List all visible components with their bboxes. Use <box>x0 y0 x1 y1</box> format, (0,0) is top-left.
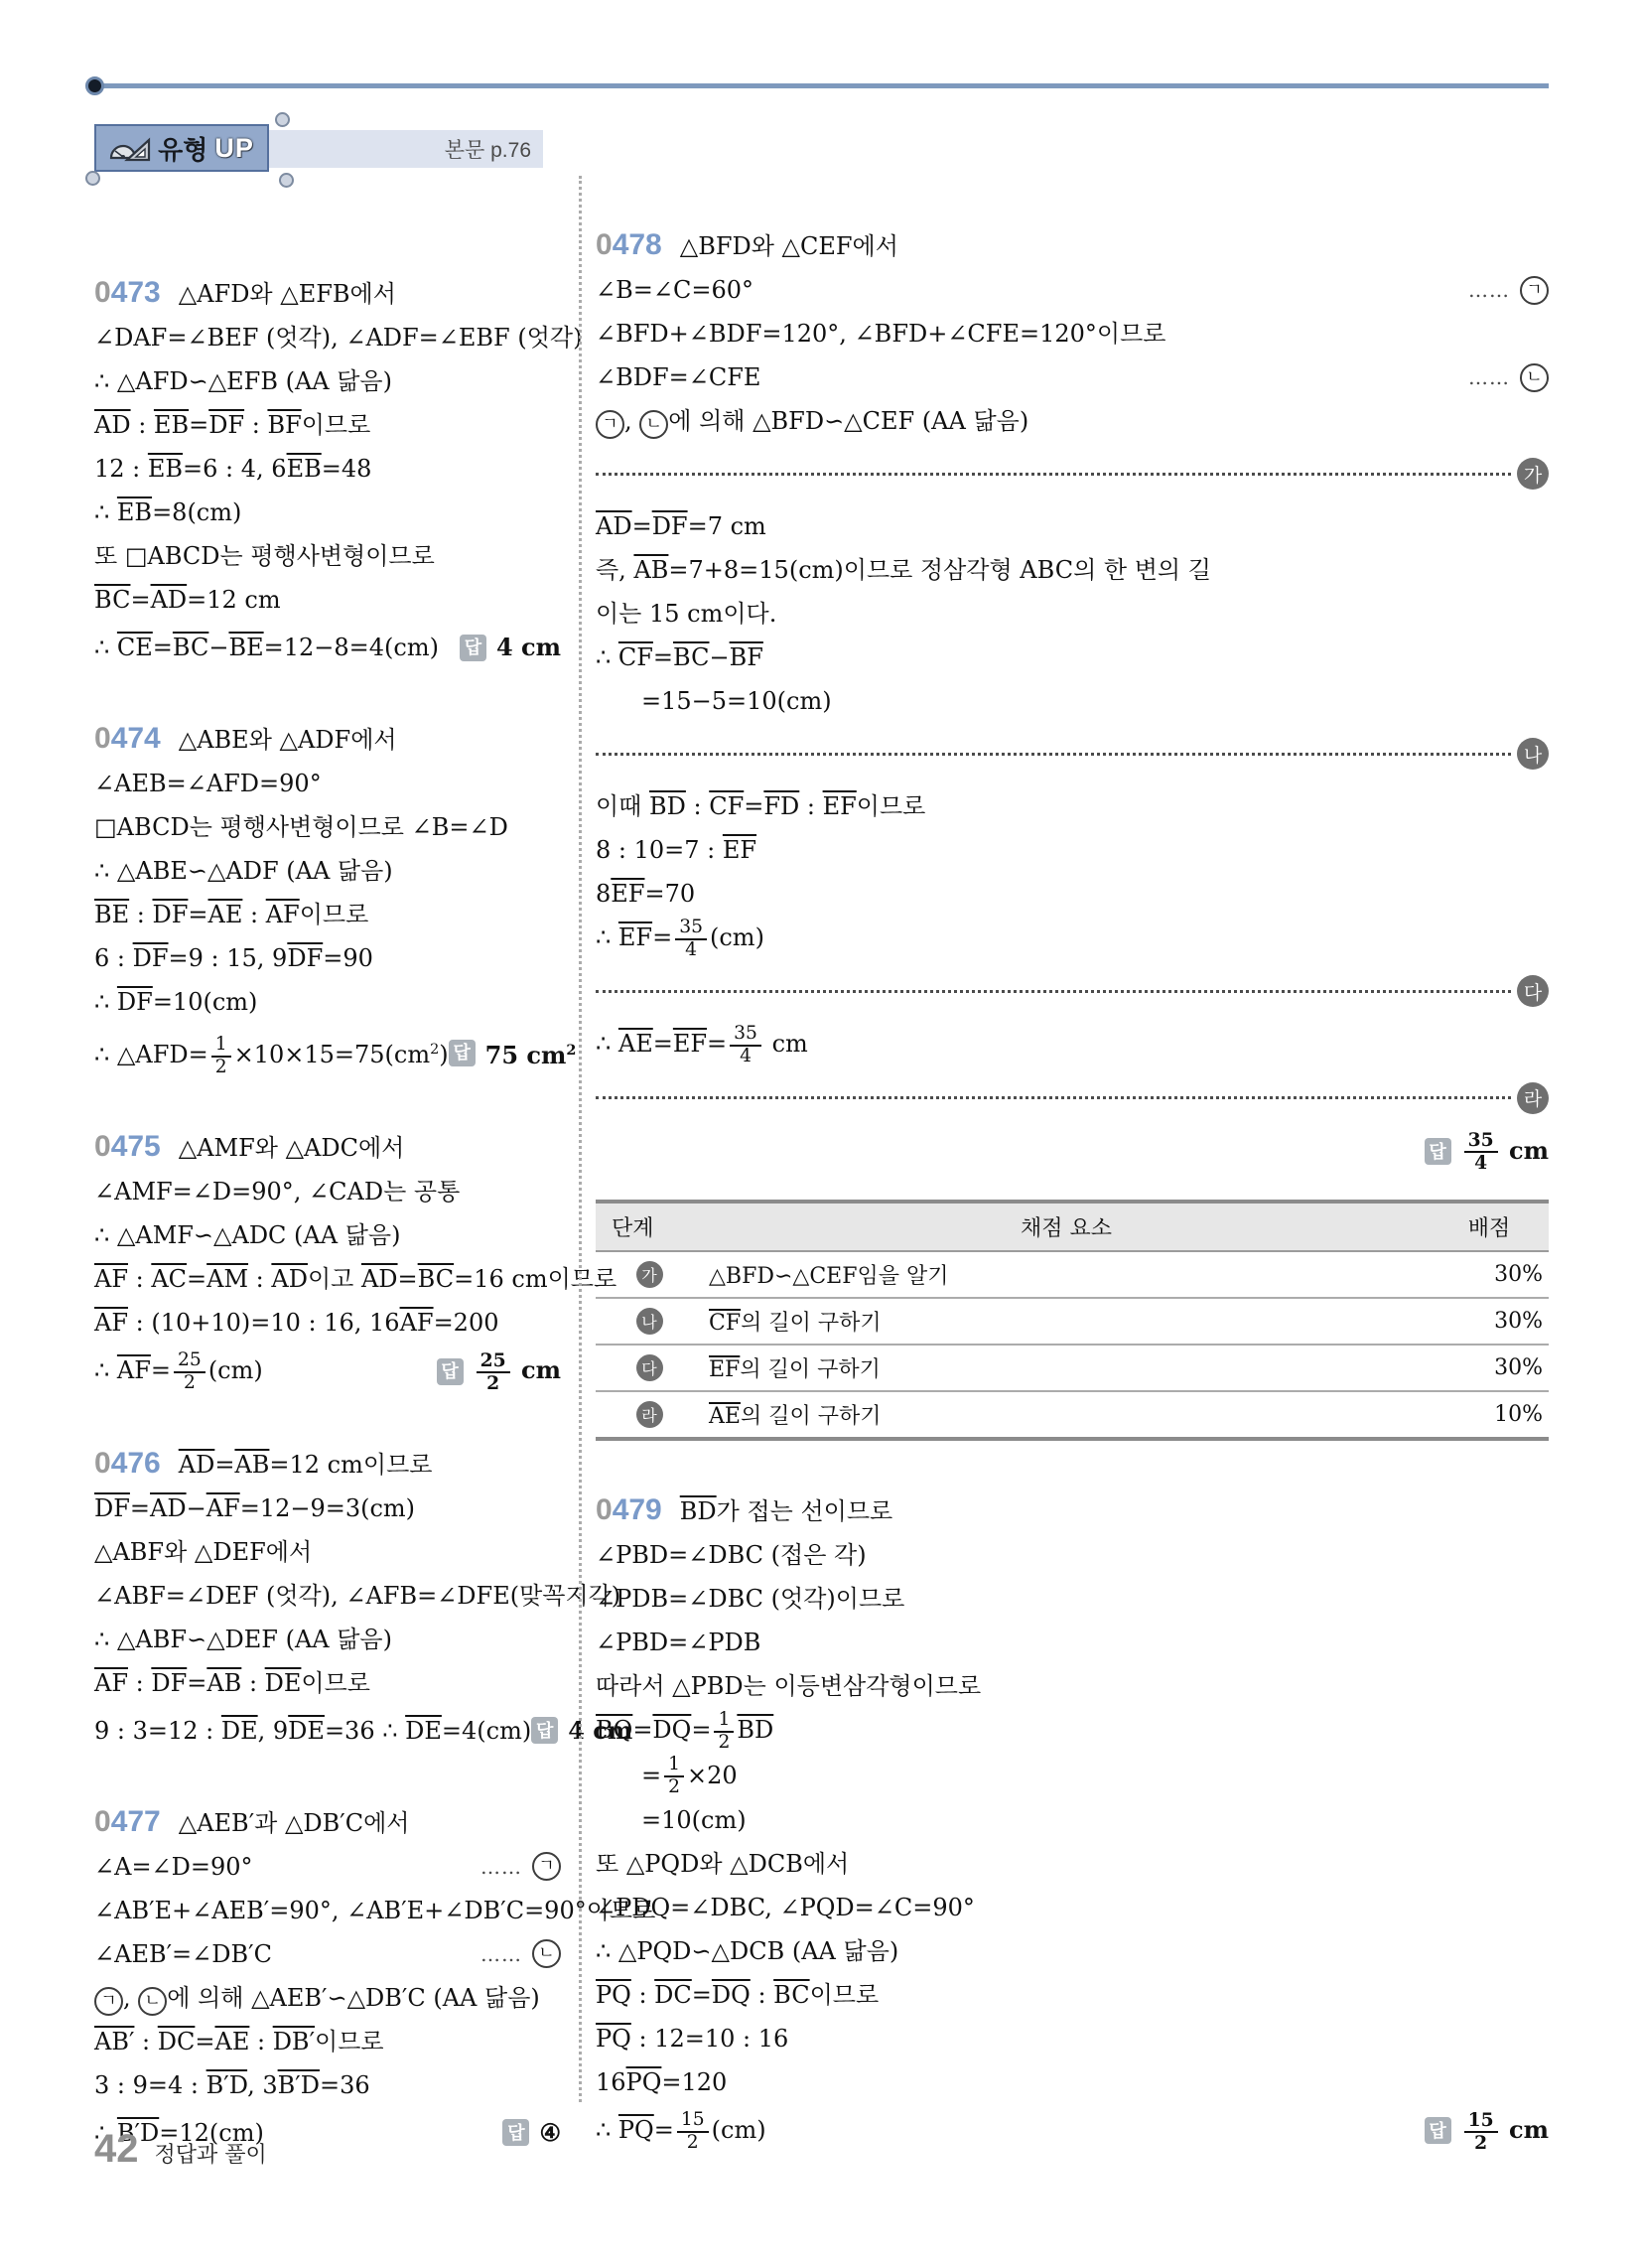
solution-line: ∠BFD+∠BDF=120°, ∠BFD+∠CFE=120°이므로 <box>596 312 1549 355</box>
solution-line: ∴ PQ=152(cm)답152 cm <box>596 2108 1549 2153</box>
step-separator: 가 <box>596 458 1549 490</box>
solution-line: ∴ △AFD∽△EFB (AA 닮음) <box>94 359 561 403</box>
clause-tag-icon: ㄱ <box>596 410 624 439</box>
solution-line: AF : AC=AM : AD이고 AD=BC=16 cm이므로 <box>94 1257 561 1301</box>
problem-number: 0476 <box>94 1447 161 1480</box>
solution-line: ∠AB′E+∠AEB′=90°, ∠AB′E+∠DB′C=90°이므로 <box>94 1889 561 1932</box>
selection-handle-icon <box>279 173 294 188</box>
problem-0477: 0477△AEB′과 △DB′C에서∠A=∠D=90°……ㄱ∠AB′E+∠AEB… <box>94 1800 561 2155</box>
step-separator: 나 <box>596 738 1549 770</box>
section-badge: 유형 UP <box>94 124 269 172</box>
solution-line: ∠BDF=∠CFE……ㄴ <box>596 355 1549 399</box>
badge-title: 유형 <box>158 130 207 167</box>
points-cell: 30% <box>1430 1345 1549 1391</box>
solution-line: ∠A=∠D=90°……ㄱ <box>94 1845 561 1889</box>
section-banner: 유형 UP 본문 p.76 <box>94 124 543 172</box>
answer-badge: 답 <box>437 1358 464 1385</box>
clause-tag-icon: ㄴ <box>1520 363 1549 392</box>
answer: 답④ <box>502 2111 561 2155</box>
answer-badge: 답 <box>1425 1138 1451 1165</box>
problem-number: 0478 <box>596 228 662 261</box>
problem-0475: 0475△AMF와 △ADC에서∠AMF=∠D=90°, ∠CAD는 공통∴ △… <box>94 1125 561 1393</box>
points-cell: 30% <box>1430 1298 1549 1345</box>
clause-tag-icon: ㄱ <box>1520 276 1549 305</box>
problem-number: 0477 <box>94 1805 161 1838</box>
solution-line: ∠AMF=∠D=90°, ∠CAD는 공통 <box>94 1170 561 1213</box>
points-cell: 30% <box>1430 1251 1549 1298</box>
problem-number: 0475 <box>94 1130 161 1163</box>
answer-badge: 답 <box>502 2119 529 2146</box>
solution-line: ∠DAF=∠BEF (엇각), ∠ADF=∠EBF (엇각) <box>94 316 561 359</box>
solution-line: ㄱ, ㄴ에 의해 △AEB′∽△DB′C (AA 닮음) <box>94 1976 561 2020</box>
problem-0478: 0478△BFD와 △CEF에서∠B=∠C=60°……ㄱ∠BFD+∠BDF=12… <box>596 223 1549 1441</box>
answer: 답354 cm <box>1425 1129 1549 1174</box>
grading-table: 단계채점 요소배점가△BFD∽△CEF임을 알기30%나CF의 길이 구하기30… <box>596 1200 1549 1441</box>
solution-line: BE : DF=AE : AF이므로 <box>94 893 561 936</box>
fraction: 12 <box>714 1710 734 1754</box>
fraction: 354 <box>1464 1130 1498 1174</box>
solution-line: 이는 15 cm이다. <box>596 592 1549 636</box>
criteria-cell: △BFD∽△CEF임을 알기 <box>703 1251 1430 1298</box>
column-divider <box>579 176 582 2102</box>
table-header: 채점 요소 <box>703 1202 1430 1251</box>
clause-tag-icon: ㄱ <box>532 1852 561 1881</box>
problem-0476: 0476AD=AB=12 cm이므로DF=AD−AF=12−9=3(cm)△AB… <box>94 1442 561 1753</box>
solution-line: ∠PDQ=∠DBC, ∠PQD=∠C=90° <box>596 1886 1549 1929</box>
solution-line: 따라서 △PBD는 이등변삼각형이므로 <box>596 1664 1549 1708</box>
selection-handle-icon <box>275 112 290 127</box>
step-badge: 라 <box>1517 1082 1549 1114</box>
answer-value: 4 cm <box>496 626 561 669</box>
solution-line: AD : EB=DF : BF이므로 <box>94 403 561 447</box>
fraction: 354 <box>675 918 707 961</box>
clause-tag-icon: ㄱ <box>94 1987 123 2016</box>
solution-line: 0474△ABE와 △ADF에서 <box>94 717 561 762</box>
answer-value: 354 cm <box>1461 1129 1549 1174</box>
answer-badge: 답 <box>1425 2117 1451 2144</box>
criteria-cell: AE의 길이 구하기 <box>703 1391 1430 1439</box>
points-cell: 10% <box>1430 1391 1549 1439</box>
step-separator: 라 <box>596 1082 1549 1114</box>
answer: 답75 cm2 <box>449 1029 577 1077</box>
solution-line: 또 □ABCD는 평행사변형이므로 <box>94 534 561 578</box>
step-badge: 가 <box>636 1261 663 1288</box>
left-problems: 0473△AFD와 △EFB에서∠DAF=∠BEF (엇각), ∠ADF=∠EB… <box>94 271 561 2155</box>
fraction: 354 <box>730 1024 761 1067</box>
solution-line: AF : (10+10)=10 : 16, 16AF=200 <box>94 1301 561 1345</box>
table-header: 단계 <box>596 1202 703 1251</box>
answer-value: 252 cm <box>474 1348 561 1393</box>
answer: 답4 cm <box>460 626 561 669</box>
step-separator: 다 <box>596 975 1549 1007</box>
answer: 답152 cm <box>1425 2108 1549 2153</box>
problem-number: 0474 <box>94 722 161 755</box>
clause-tag-icon: ㄴ <box>639 410 668 439</box>
fraction: 12 <box>211 1035 231 1078</box>
solution-line: 8 : 10=7 : EF <box>596 828 1549 872</box>
solution-line: =10(cm) <box>596 1798 1549 1842</box>
solution-line: PQ : 12=10 : 16 <box>596 2017 1549 2060</box>
clause-tag-icon: ㄴ <box>138 1987 167 2016</box>
solution-line: 12 : EB=6 : 4, 6EB=48 <box>94 447 561 491</box>
solution-line: ∠B=∠C=60°……ㄱ <box>596 268 1549 312</box>
solution-line: =15−5=10(cm) <box>596 679 1549 723</box>
solution-line: ∴ CE=BC−BE=12−8=4(cm)답4 cm <box>94 626 561 669</box>
top-rule <box>94 83 1549 88</box>
solution-line: ∴ EB=8(cm) <box>94 491 561 534</box>
solution-line: BQ=DQ=12BD <box>596 1708 1549 1753</box>
solution-line: ∴ △AFD=12×10×15=75(cm2)답75 cm2 <box>94 1028 561 1077</box>
solution-line: 0475△AMF와 △ADC에서 <box>94 1125 561 1170</box>
solution-line: 3 : 9=4 : B′D, 3B′D=36 <box>94 2063 561 2107</box>
answer-value: 75 cm2 <box>485 1029 577 1077</box>
step-badge: 나 <box>636 1308 663 1335</box>
criteria-cell: CF의 길이 구하기 <box>703 1298 1430 1345</box>
solution-line: 답354 cm <box>596 1129 1549 1174</box>
step-badge: 다 <box>636 1354 663 1381</box>
solution-line: ∴ AF=252(cm)답252 cm <box>94 1348 561 1393</box>
solution-line: ∠PDB=∠DBC (엇각)이므로 <box>596 1577 1549 1621</box>
answer-value: ④ <box>539 2111 561 2155</box>
badge-up-label: UP <box>214 133 254 164</box>
selection-handle-icon <box>85 171 100 186</box>
step-badge: 나 <box>1517 738 1549 770</box>
problem-0479: 0479BD가 접는 선이므로∠PBD=∠DBC (접은 각)∠PDB=∠DBC… <box>596 1488 1549 2153</box>
problem-number: 0479 <box>596 1493 662 1526</box>
table-row: 라AE의 길이 구하기10% <box>596 1391 1549 1439</box>
answer-badge: 답 <box>460 635 486 661</box>
solution-line: PQ : DC=DQ : BC이므로 <box>596 1973 1549 2017</box>
solution-line: ∴ △AMF∽△ADC (AA 닮음) <box>94 1213 561 1257</box>
table-row: 다EF의 길이 구하기30% <box>596 1345 1549 1391</box>
solution-line: 이때 BD : CF=FD : EF이므로 <box>596 784 1549 828</box>
solution-line: ∴ CF=BC−BF <box>596 636 1549 679</box>
solution-line: 0477△AEB′과 △DB′C에서 <box>94 1800 561 1845</box>
solution-line: 0478△BFD와 △CEF에서 <box>596 223 1549 268</box>
table-row: 가△BFD∽△CEF임을 알기30% <box>596 1251 1549 1298</box>
solution-line: △ABF와 △DEF에서 <box>94 1530 561 1574</box>
right-column: 0478△BFD와 △CEF에서∠B=∠C=60°……ㄱ∠BFD+∠BDF=12… <box>596 124 1549 2155</box>
right-problems: 0478△BFD와 △CEF에서∠B=∠C=60°……ㄱ∠BFD+∠BDF=12… <box>596 223 1549 2154</box>
solution-line: BC=AD=12 cm <box>94 578 561 622</box>
solution-line: ∴ EF=354(cm) <box>596 916 1549 960</box>
problem-0474: 0474△ABE와 △ADF에서∠AEB=∠AFD=90°□ABCD는 평행사변… <box>94 717 561 1077</box>
solution-line: ∠PBD=∠DBC (접은 각) <box>596 1533 1549 1577</box>
solution-line: 9 : 3=12 : DE, 9DE=36 ∴ DE=4(cm)답4 cm <box>94 1709 561 1753</box>
fraction: 252 <box>174 1350 205 1394</box>
solution-line: DF=AD−AF=12−9=3(cm) <box>94 1487 561 1530</box>
fraction: 152 <box>677 2110 709 2154</box>
answer-value: 152 cm <box>1461 2108 1549 2153</box>
solution-line: 즉, AB=7+8=15(cm)이므로 정삼각형 ABC의 한 변의 길 <box>596 548 1549 592</box>
solution-line: 또 △PQD와 △DCB에서 <box>596 1842 1549 1886</box>
fraction: 152 <box>1464 2110 1498 2154</box>
solution-line: AD=DF=7 cm <box>596 504 1549 548</box>
answer-badge: 답 <box>449 1040 476 1066</box>
textbook-page-ref: 본문 p.76 <box>445 134 531 164</box>
solution-line: □ABCD는 평행사변형이므로 ∠B=∠D <box>94 805 561 849</box>
solution-line: ∠PBD=∠PDB <box>596 1621 1549 1664</box>
problem-0473: 0473△AFD와 △EFB에서∠DAF=∠BEF (엇각), ∠ADF=∠EB… <box>94 271 561 669</box>
step-badge: 라 <box>636 1401 663 1428</box>
solution-line: ∠ABF=∠DEF (엇각), ∠AFB=∠DFE(맞꼭지각) <box>94 1574 561 1618</box>
solution-line: 8EF=70 <box>596 872 1549 916</box>
page-footer: 42 정답과 풀이 <box>94 2127 267 2172</box>
solution-line: 6 : DF=9 : 15, 9DF=90 <box>94 936 561 980</box>
solution-line: ∠AEB=∠AFD=90° <box>94 762 561 805</box>
solution-line: ∠AEB′=∠DB′C……ㄴ <box>94 1932 561 1976</box>
page-number: 42 <box>94 2127 139 2172</box>
fraction: 12 <box>664 1755 684 1798</box>
solution-line: ∴ △PQD∽△DCB (AA 닮음) <box>596 1929 1549 1973</box>
solution-line: ∴ AE=EF=354 cm <box>596 1022 1549 1066</box>
table-row: 나CF의 길이 구하기30% <box>596 1298 1549 1345</box>
solution-line: 0476AD=AB=12 cm이므로 <box>94 1442 561 1487</box>
step-badge: 가 <box>1517 458 1549 490</box>
solution-line: ㄱ, ㄴ에 의해 △BFD∽△CEF (AA 닮음) <box>596 399 1549 443</box>
solution-line: ∴ △ABF∽△DEF (AA 닮음) <box>94 1618 561 1661</box>
solution-line: =12×20 <box>596 1754 1549 1798</box>
protractor-ruler-icon <box>109 133 151 163</box>
fraction: 252 <box>477 1350 510 1394</box>
footer-label: 정답과 풀이 <box>155 2138 267 2169</box>
solution-line: 16PQ=120 <box>596 2060 1549 2104</box>
solution-line: ∴ △ABE∽△ADF (AA 닮음) <box>94 849 561 893</box>
workbook-answer-page: 유형 UP 본문 p.76 0473△AFD와 △EFB에서∠DAF=∠BEF … <box>0 0 1642 2268</box>
top-rule-bullet-icon <box>85 76 104 95</box>
problem-number: 0473 <box>94 276 161 309</box>
solution-line: ∴ DF=10(cm) <box>94 980 561 1024</box>
criteria-cell: EF의 길이 구하기 <box>703 1345 1430 1391</box>
answer-badge: 답 <box>531 1717 558 1744</box>
table-header: 배점 <box>1430 1202 1549 1251</box>
step-badge: 다 <box>1517 975 1549 1007</box>
clause-tag-icon: ㄴ <box>532 1939 561 1968</box>
solution-line: 0473△AFD와 △EFB에서 <box>94 271 561 316</box>
solution-line: 0479BD가 접는 선이므로 <box>596 1488 1549 1533</box>
solution-line: AB′ : DC=AE : DB′이므로 <box>94 2020 561 2063</box>
answer: 답252 cm <box>437 1348 561 1393</box>
left-column: 유형 UP 본문 p.76 0473△AFD와 △EFB에서∠DAF=∠BEF … <box>94 124 561 2155</box>
two-column-layout: 유형 UP 본문 p.76 0473△AFD와 △EFB에서∠DAF=∠BEF … <box>94 124 1549 2155</box>
solution-line: AF : DF=AB : DE이므로 <box>94 1661 561 1705</box>
